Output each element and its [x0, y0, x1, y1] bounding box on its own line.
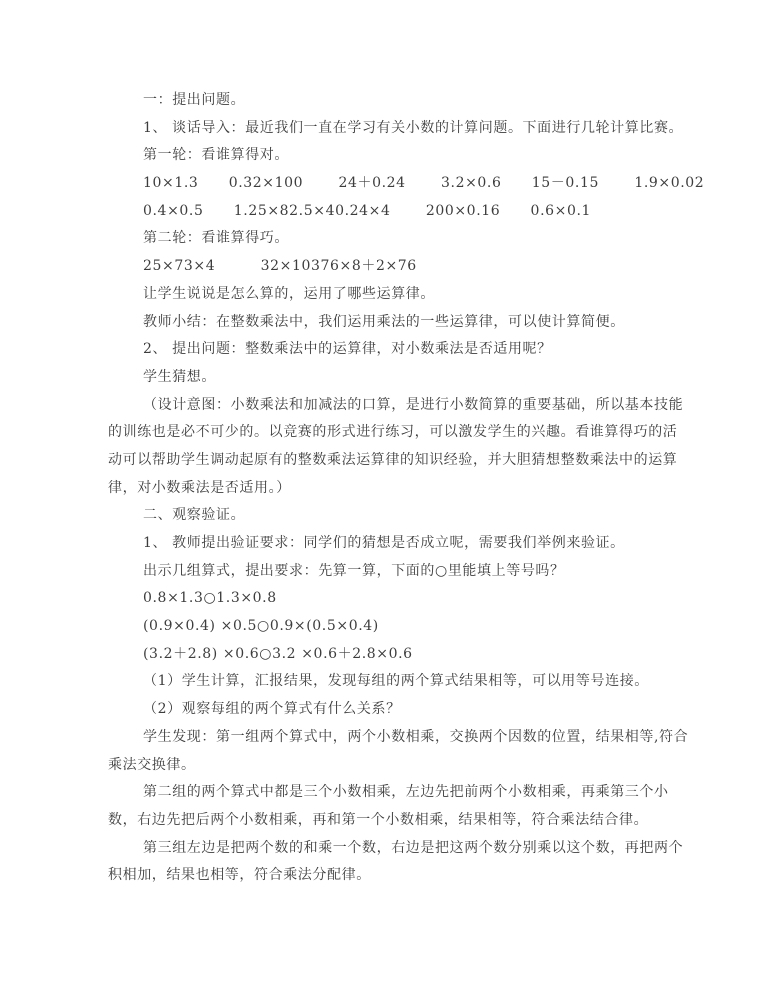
text-line: （设计意图：小数乘法和加减法的口算，是进行小数简算的重要基础，所以基本技能	[108, 392, 718, 420]
text-line: 第三组左边是把两个数的和乘一个数，右边是把这两个数分别乘以这个数，再把两个	[108, 835, 718, 863]
text-line: 第二组的两个算式中都是三个小数相乘，左边先把前两个小数相乘，再乘第三个小	[108, 779, 718, 807]
text-line: 2、 提出问题：整数乘法中的运算律，对小数乘法是否适用呢？	[108, 336, 718, 364]
text-line: 积相加，结果也相等，符合乘法分配律。	[108, 862, 718, 890]
text-line: 第二轮：看谁算得巧。	[108, 225, 718, 253]
document-page: 一：提出问题。 1、 谈话导入：最近我们一直在学习有关小数的计算问题。下面进行几…	[0, 0, 770, 1000]
text-line: 二、观察验证。	[108, 502, 718, 530]
text-line: 律，对小数乘法是否适用。）	[108, 475, 718, 503]
text-line: （2）观察每组的两个算式有什么关系？	[108, 696, 718, 724]
text-line: 数，右边先把后两个小数相乘，再和第一个小数相乘，结果相等，符合乘法结合律。	[108, 807, 718, 835]
text-line: 让学生说说是怎么算的，运用了哪些运算律。	[108, 281, 718, 309]
equation-line: 0.4×0.5 1.25×82.5×40.24×4 200×0.16 0.6×0…	[108, 198, 718, 226]
equation-line: (3.2＋2.8) ×0.6○3.2 ×0.6＋2.8×0.6	[108, 641, 718, 669]
text-line: 学生猜想。	[108, 364, 718, 392]
text-line: 的训练也是必不可少的。以竞赛的形式进行练习，可以激发学生的兴趣。看谁算得巧的活	[108, 419, 718, 447]
text-line: 学生发现：第一组两个算式中，两个小数相乘，交换两个因数的位置，结果相等,符合	[108, 724, 718, 752]
text-line: 第一轮：看谁算得对。	[108, 142, 718, 170]
document-body: 一：提出问题。 1、 谈话导入：最近我们一直在学习有关小数的计算问题。下面进行几…	[108, 87, 718, 890]
text-line: 动可以帮助学生调动起原有的整数乘法运算律的知识经验，并大胆猜想整数乘法中的运算	[108, 447, 718, 475]
equation-line: 10×1.3 0.32×100 24＋0.24 3.2×0.6 15－0.15 …	[108, 170, 718, 198]
equation-line: 0.8×1.3○1.3×0.8	[108, 585, 718, 613]
text-line: 乘法交换律。	[108, 752, 718, 780]
text-line: 教师小结：在整数乘法中，我们运用乘法的一些运算律，可以使计算简便。	[108, 309, 718, 337]
text-line: 1、 教师提出验证要求：同学们的猜想是否成立呢，需要我们举例来验证。	[108, 530, 718, 558]
text-line: 一：提出问题。	[108, 87, 718, 115]
equation-line: 25×73×4 32×10376×8＋2×76	[108, 253, 718, 281]
text-line: （1）学生计算，汇报结果，发现每组的两个算式结果相等，可以用等号连接。	[108, 668, 718, 696]
equation-line: (0.9×0.4) ×0.5○0.9×(0.5×0.4)	[108, 613, 718, 641]
text-line: 出示几组算式，提出要求：先算一算，下面的○里能填上等号吗？	[108, 558, 718, 586]
text-line: 1、 谈话导入：最近我们一直在学习有关小数的计算问题。下面进行几轮计算比赛。	[108, 115, 718, 143]
